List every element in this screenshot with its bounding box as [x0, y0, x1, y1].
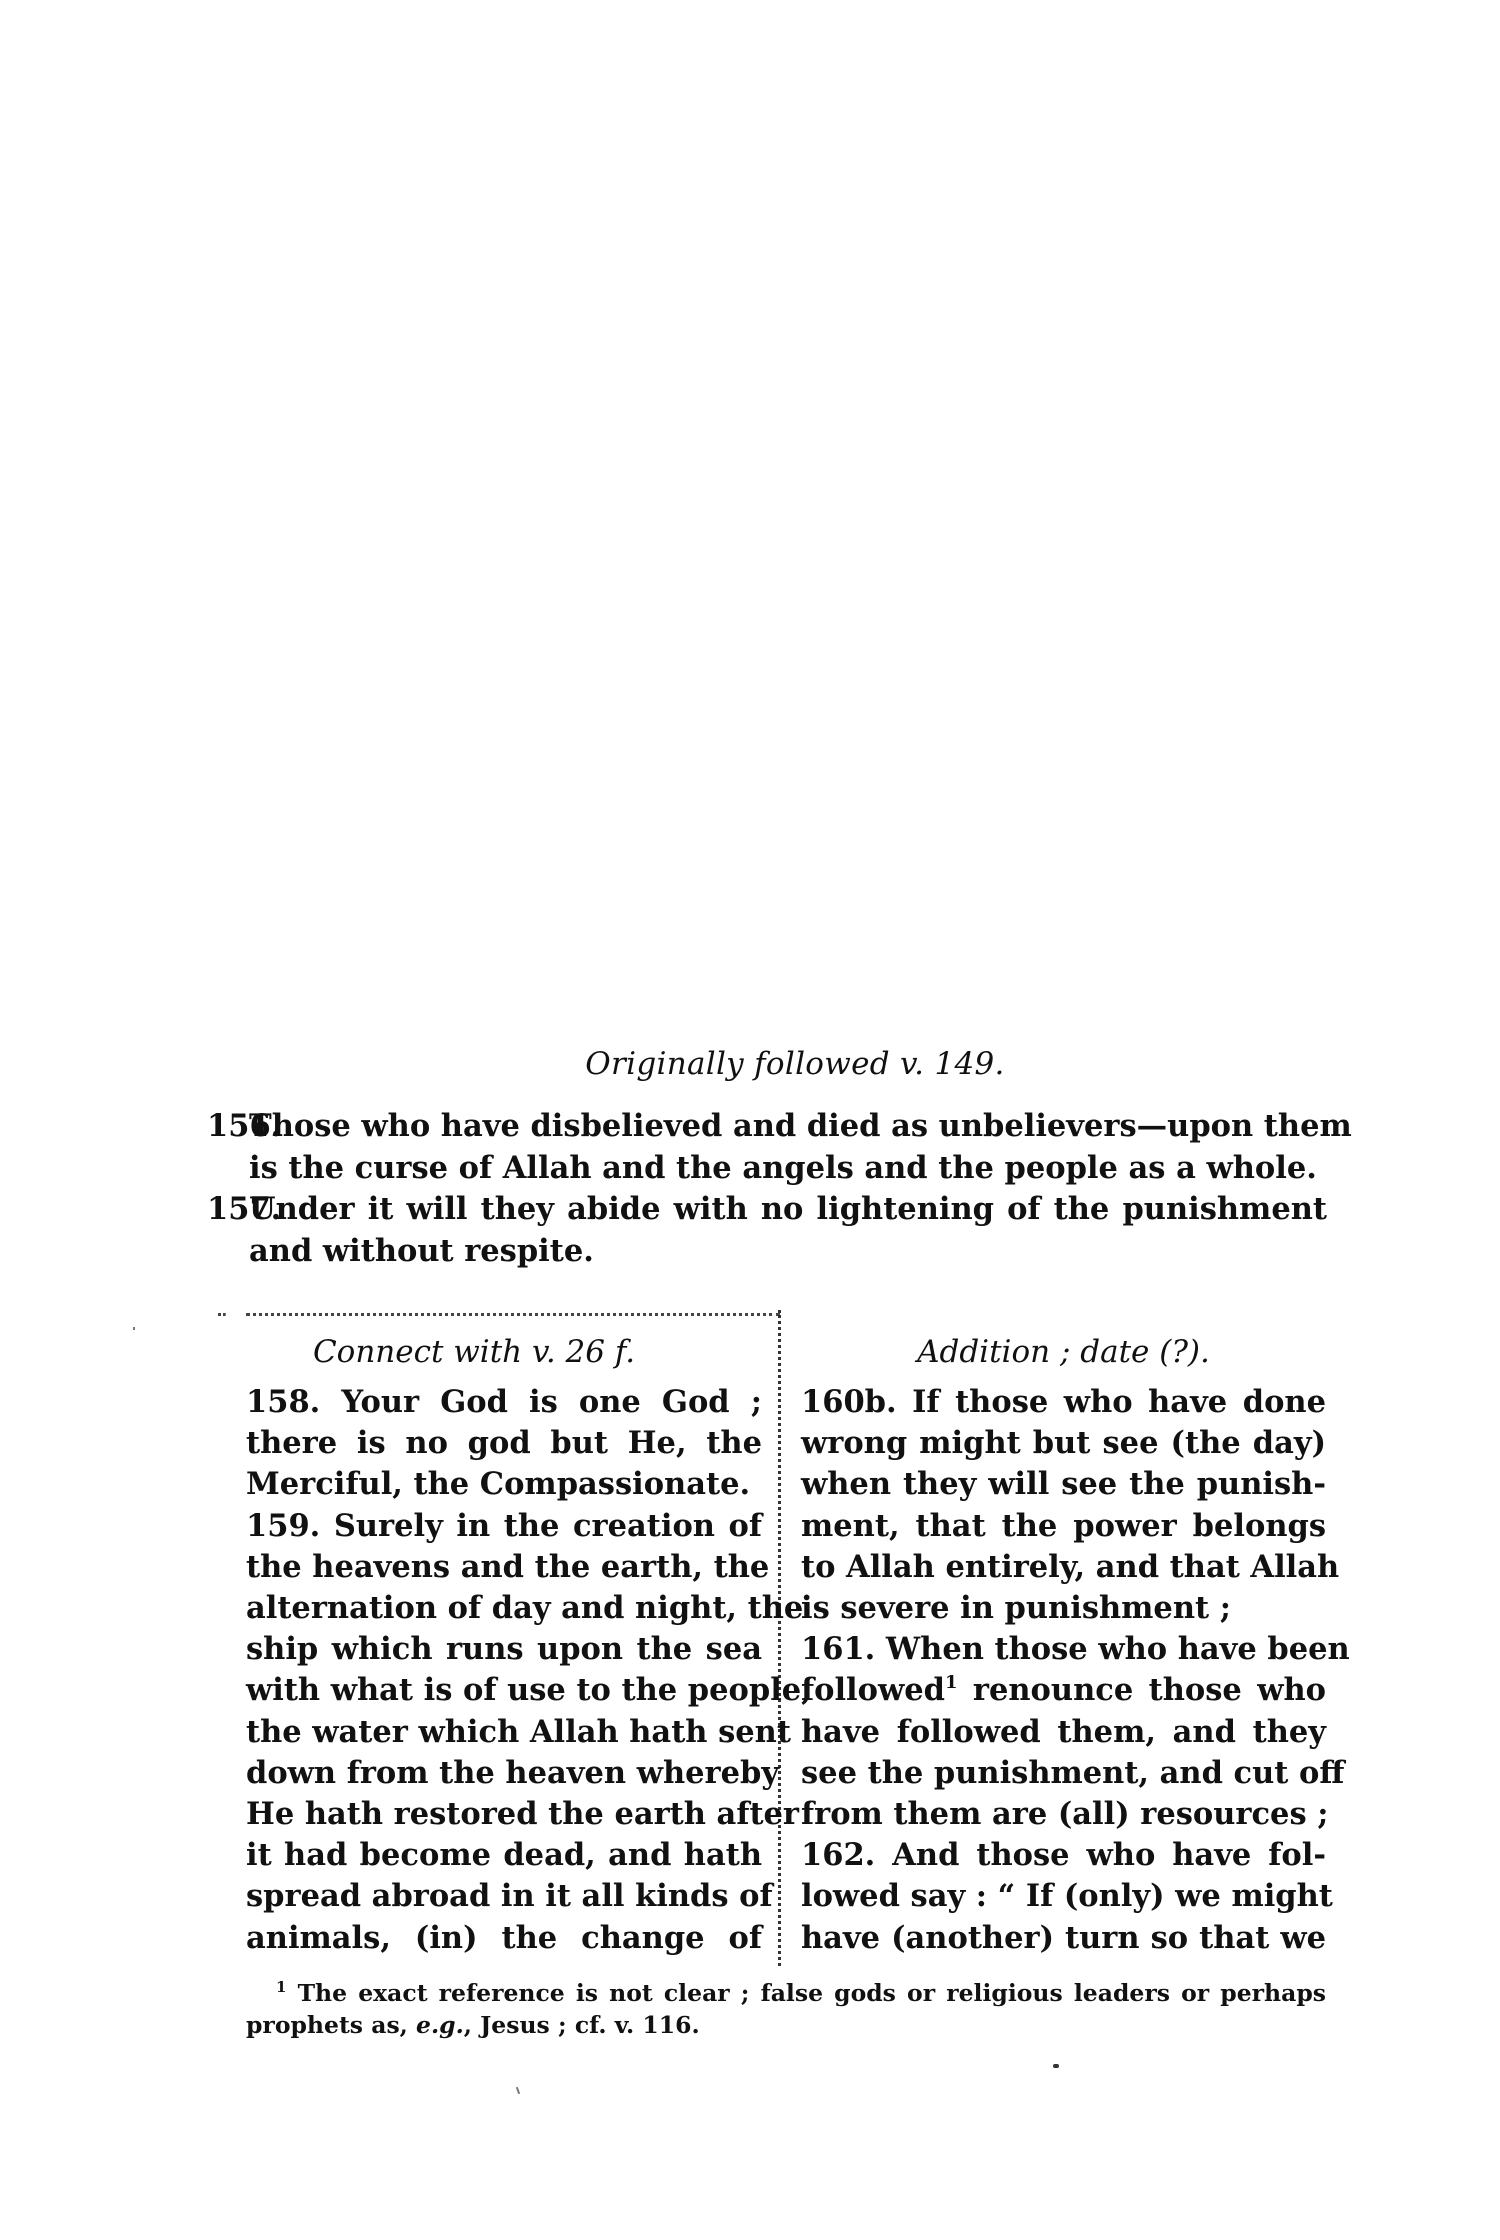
- dotted-rule-fragment: [218, 1313, 226, 1316]
- footnote-text: prophets as,: [246, 2011, 416, 2039]
- column-heading-connect: Connect with v. 26 f.: [246, 1330, 762, 1374]
- verse-156: 156. Those who have disbelieved and died…: [207, 1106, 1327, 1189]
- text-line: it had become dead, and hath: [246, 1835, 762, 1876]
- text-line: ship which runs upon the sea: [246, 1629, 762, 1670]
- full-width-verses: 156. Those who have disbelieved and died…: [207, 1106, 1327, 1272]
- text-line: have (another) turn so that we: [801, 1918, 1326, 1959]
- text-line: from them are (all) resources ;: [801, 1794, 1326, 1835]
- verse-line: Those who have disbelieved and died as u…: [249, 1106, 1327, 1148]
- text-line: see the punishment, and cut off: [801, 1753, 1326, 1794]
- text-line: when they will see the punish-: [801, 1464, 1326, 1505]
- text-line: ment, that the power belongs: [801, 1506, 1326, 1547]
- text-line: 158. Your God is one God ;: [246, 1382, 762, 1423]
- text-line: animals, (in) the change of: [246, 1918, 762, 1959]
- column-heading-addition: Addition ; date (?).: [801, 1330, 1326, 1374]
- footnote-1: 1 The exact reference is not clear ; fal…: [246, 1977, 1326, 2041]
- dotted-column-divider: [778, 1310, 781, 1966]
- verse-line: is the curse of Allah and the angels and…: [249, 1148, 1327, 1190]
- verse-line: and without respite.: [249, 1231, 1327, 1273]
- scan-speck: [1053, 2064, 1059, 2068]
- text-fragment: followed: [801, 1672, 945, 1708]
- section-heading-originally-followed: Originally followed v. 149.: [0, 1046, 1500, 1082]
- footnote-text: The exact reference is not clear ; false…: [298, 1979, 1326, 2007]
- text-line: alternation of day and night, the: [246, 1588, 762, 1629]
- right-column: Addition ; date (?). 160b. If those who …: [801, 1330, 1326, 1959]
- text-line: wrong might but see (the day): [801, 1423, 1326, 1464]
- text-line: 160b. If those who have done: [801, 1382, 1326, 1423]
- footnote-line: 1 The exact reference is not clear ; fal…: [246, 1977, 1326, 2009]
- footnote-reference-1[interactable]: 1: [945, 1672, 958, 1693]
- verse-157: 157. Under it will they abide with no li…: [207, 1189, 1327, 1272]
- footnote-text: , Jesus ; cf. v. 116.: [464, 2011, 700, 2039]
- text-line-with-footnote: followed1 renounce those who: [801, 1670, 1326, 1711]
- text-line: 161. When those who have been: [801, 1629, 1326, 1670]
- scan-speck: [516, 2087, 520, 2094]
- text-line: the water which Allah hath sent: [246, 1712, 762, 1753]
- footnote-line: prophets as, e.g., Jesus ; cf. v. 116.: [246, 2009, 1326, 2041]
- text-line: down from the heaven whereby: [246, 1753, 762, 1794]
- scan-speck: [133, 1327, 135, 1330]
- dotted-horizontal-rule: [246, 1313, 780, 1316]
- footnote-marker: 1: [276, 1978, 286, 1996]
- text-line: is severe in punishment ;: [801, 1588, 1326, 1629]
- verse-number: 156.: [207, 1106, 249, 1148]
- text-line: He hath restored the earth after: [246, 1794, 762, 1835]
- text-line: lowed say : “ If (only) we might: [801, 1876, 1326, 1917]
- text-line: there is no god but He, the: [246, 1423, 762, 1464]
- verse-number: 157.: [207, 1189, 249, 1231]
- verse-line: Under it will they abide with no lighten…: [249, 1189, 1327, 1231]
- text-fragment: renounce those who: [973, 1672, 1326, 1708]
- text-line: spread abroad in it all kinds of: [246, 1876, 762, 1917]
- text-line: to Allah entirely, and that Allah: [801, 1547, 1326, 1588]
- text-line: the heavens and the earth, the: [246, 1547, 762, 1588]
- footnote-italic-eg: e.g.: [416, 2011, 464, 2039]
- text-line: Merciful, the Compassionate.: [246, 1464, 762, 1505]
- text-line: with what is of use to the people,: [246, 1670, 762, 1711]
- left-column: Connect with v. 26 f. 158. Your God is o…: [246, 1330, 762, 1959]
- text-line: have followed them, and they: [801, 1712, 1326, 1753]
- scanned-book-page: Originally followed v. 149. 156. Those w…: [0, 0, 1500, 2240]
- text-line: 162. And those who have fol-: [801, 1835, 1326, 1876]
- text-line: 159. Surely in the creation of: [246, 1506, 762, 1547]
